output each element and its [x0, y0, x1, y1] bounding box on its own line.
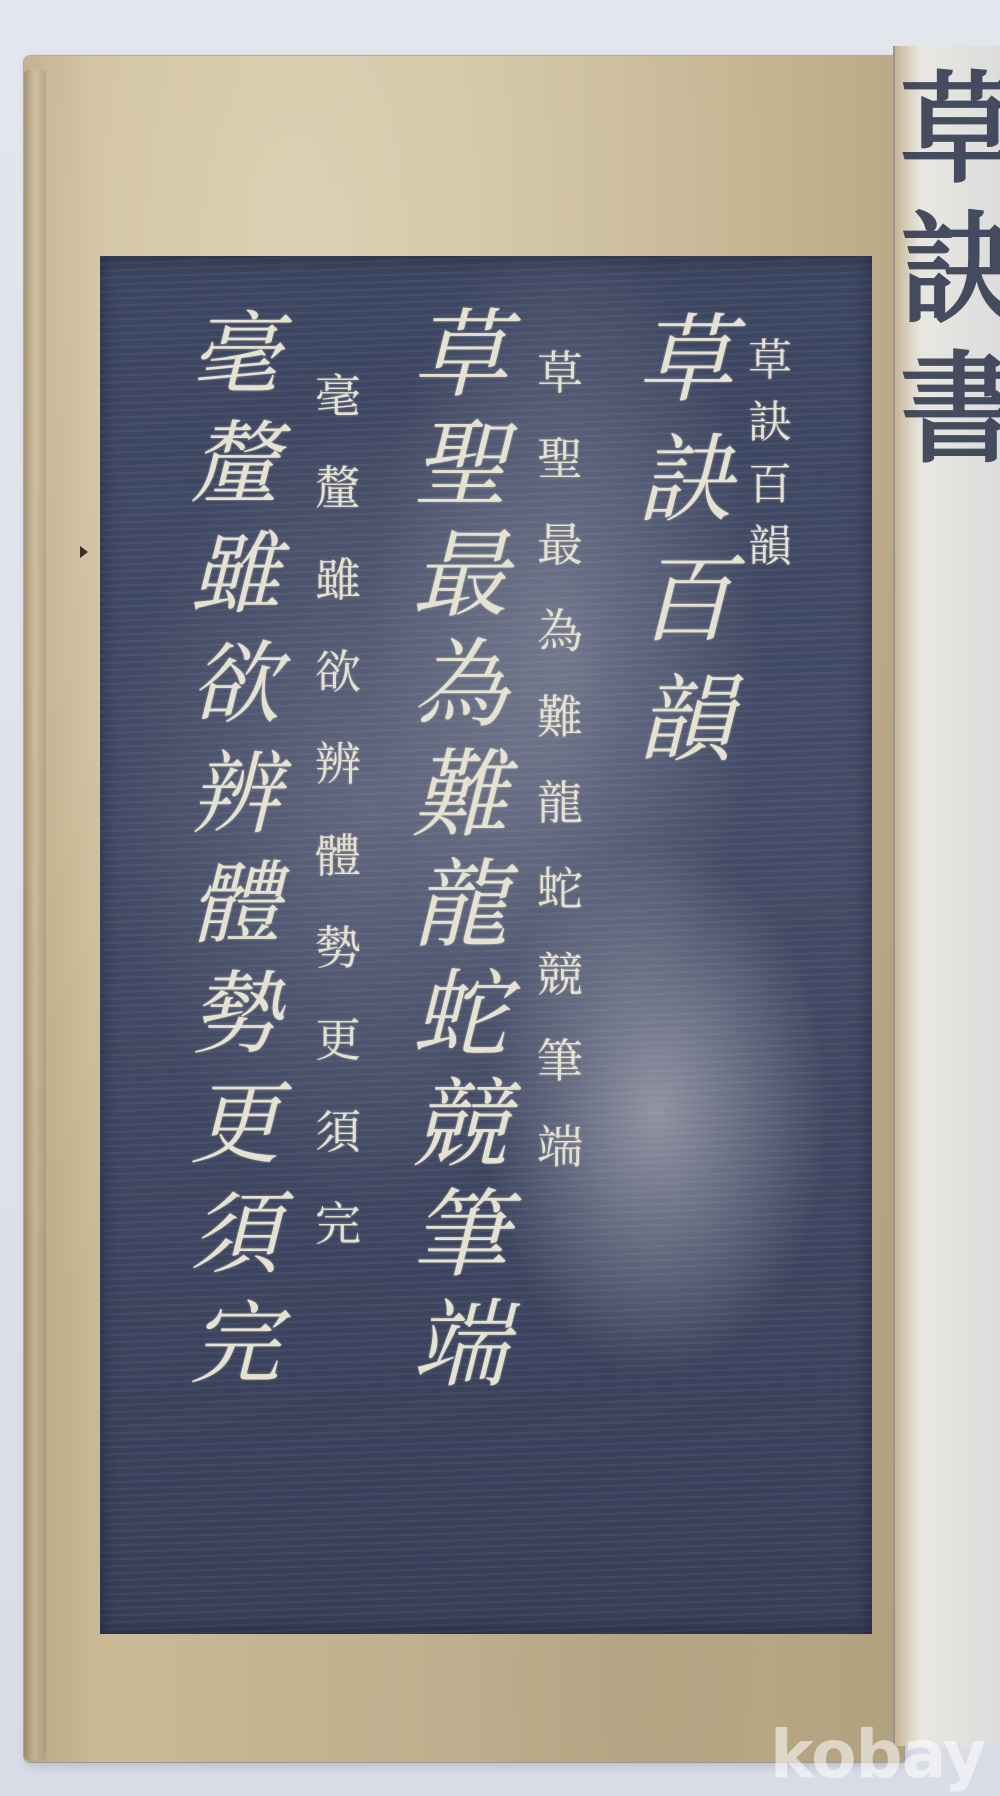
title-char: 韻	[748, 516, 792, 578]
annotation-char: 蛇	[537, 846, 583, 932]
cursive-char: 韻	[637, 660, 733, 780]
cursive-char: 須	[190, 1180, 280, 1290]
cursive-char: 聖	[412, 410, 508, 520]
cursive-char: 百	[637, 540, 733, 660]
cursive-char: 雖	[190, 520, 280, 630]
cursive-char: 毫	[190, 300, 280, 410]
annotation-char: 最	[537, 502, 583, 588]
cursive-char: 更	[190, 1070, 280, 1180]
cursive-char: 蛇	[412, 960, 508, 1070]
title-cursive-column: 草 訣 百 韻	[630, 300, 740, 780]
spine-char: 草	[900, 60, 1000, 200]
annotation-char: 筆	[537, 1018, 583, 1104]
annotation-column-1: 草 聖 最 為 難 龍 蛇 競 筆 端	[530, 330, 590, 1190]
watermark-logo: kobay	[770, 1716, 985, 1793]
cursive-char: 競	[412, 1070, 508, 1180]
annotation-char: 聖	[537, 416, 583, 502]
cursive-char: 草	[637, 300, 733, 420]
annotation-char: 欲	[315, 626, 361, 718]
annotation-char: 須	[315, 1086, 361, 1178]
annotation-char: 草	[537, 330, 583, 416]
cursive-char: 草	[412, 300, 508, 410]
annotation-char: 龍	[537, 760, 583, 846]
annotation-char: 完	[315, 1178, 361, 1270]
title-char: 百	[748, 454, 792, 516]
cursive-char: 筆	[412, 1180, 508, 1290]
annotation-char: 競	[537, 932, 583, 1018]
cursive-char: 最	[412, 520, 508, 630]
annotation-column-2: 毫 釐 雖 欲 辨 體 勢 更 須 完	[308, 350, 368, 1270]
spine-char: 書	[900, 340, 1000, 480]
cursive-char: 為	[412, 630, 508, 740]
cursive-column-2: 毫 釐 雖 欲 辨 體 勢 更 須 完	[175, 300, 295, 1400]
cursive-char: 難	[412, 740, 508, 850]
annotation-char: 更	[315, 994, 361, 1086]
annotation-char: 辨	[315, 718, 361, 810]
page-fold	[24, 70, 46, 1760]
spine-ink-characters: 草 訣 書	[920, 60, 1000, 480]
annotation-char: 為	[537, 588, 583, 674]
cursive-char: 端	[412, 1290, 508, 1400]
cursive-column-1: 草 聖 最 為 難 龍 蛇 競 筆 端	[400, 300, 520, 1400]
cursive-char: 辨	[190, 740, 280, 850]
annotation-char: 毫	[315, 350, 361, 442]
margin-mark	[80, 546, 88, 558]
annotation-char: 勢	[315, 902, 361, 994]
cursive-char: 勢	[190, 960, 280, 1070]
cursive-char: 欲	[190, 630, 280, 740]
annotation-char: 體	[315, 810, 361, 902]
annotation-char: 釐	[315, 442, 361, 534]
title-char: 訣	[748, 392, 792, 454]
cursive-char: 釐	[190, 410, 280, 520]
spine-char: 訣	[900, 200, 1000, 340]
annotation-char: 難	[537, 674, 583, 760]
cursive-char: 體	[190, 850, 280, 960]
cursive-char: 訣	[637, 420, 733, 540]
cursive-char: 完	[190, 1290, 280, 1400]
title-char: 草	[748, 330, 792, 392]
annotation-char: 端	[537, 1104, 583, 1190]
cursive-char: 龍	[412, 850, 508, 960]
annotation-char: 雖	[315, 534, 361, 626]
title-column: 草 訣 百 韻	[740, 330, 800, 578]
